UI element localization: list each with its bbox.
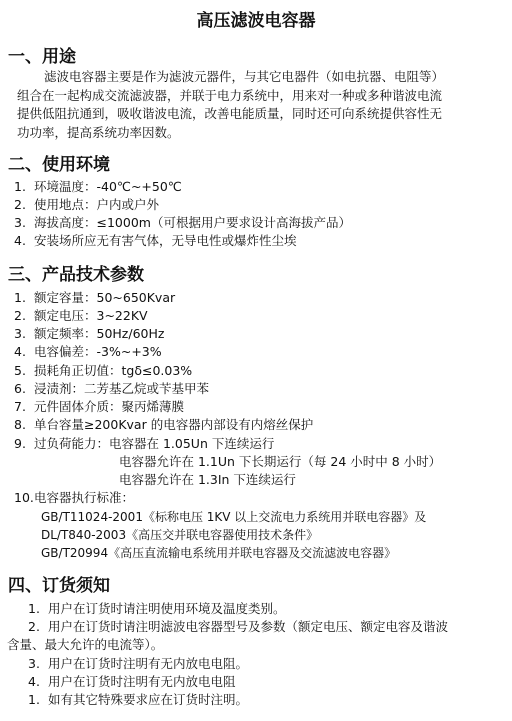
item-number: 9.	[14, 435, 34, 453]
item-number: 2.	[28, 618, 48, 636]
item-text: 海拔高度：≤1000m（可根据用户要求设计高海拔产品）	[34, 215, 351, 230]
item-text: 额定频率：50Hz/60Hz	[34, 326, 164, 341]
spec-item-9-line-2: 电容器允许在 1.1Un 下长期运行（每 24 小时中 8 小时）	[119, 453, 441, 471]
order-item-2: 2.用户在订货时请注明滤波电容器型号及参数（额定电压、额定电容及谐波	[28, 618, 448, 636]
order-item-5: 1.如有其它特殊要求应在订货时注明。	[28, 691, 248, 709]
spec-item-6: 6.浸渍剂：二芳基乙烷或苄基甲苯	[14, 380, 209, 398]
item-number: 1.	[14, 289, 34, 307]
item-text: 用户在订货时请注明滤波电容器型号及参数（额定电压、额定电容及谐波	[48, 619, 448, 634]
item-number: 3.	[14, 214, 34, 232]
section-heading-ordering: 四、订货须知	[8, 571, 110, 596]
item-number: 2.	[14, 307, 34, 325]
spec-item-1: 1.额定容量：50~650Kvar	[14, 289, 175, 307]
item-text: 用户在订货时注明有无内放电电阻。	[48, 656, 248, 671]
usage-line-1: 滤波电容器主要是作为滤波元器件，与其它电器件（如电抗器、电阻等）	[44, 68, 444, 86]
item-number: 8.	[14, 416, 34, 434]
spec-item-4: 4.电容偏差：-3%~+3%	[14, 343, 162, 361]
item-number: 2.	[14, 196, 34, 214]
order-item-4: 4.用户在订货时注明有无内放电电阻	[28, 673, 236, 691]
item-number: 5.	[14, 362, 34, 380]
section-heading-specs: 三、产品技术参数	[8, 260, 144, 285]
item-text: 环境温度：-40℃~+50℃	[34, 179, 182, 194]
env-item-1: 1.环境温度：-40℃~+50℃	[14, 178, 182, 196]
item-text: 用户在订货时请注明使用环境及温度类别。	[48, 601, 286, 616]
env-item-3: 3.海拔高度：≤1000m（可根据用户要求设计高海拔产品）	[14, 214, 351, 232]
section-heading-usage: 一、用途	[8, 42, 76, 67]
item-number: 7.	[14, 398, 34, 416]
item-text: 浸渍剂：二芳基乙烷或苄基甲苯	[34, 381, 209, 396]
item-number: 1.	[14, 178, 34, 196]
order-item-1: 1.用户在订货时请注明使用环境及温度类别。	[28, 600, 286, 618]
item-number: 1.	[28, 691, 48, 709]
item-text: 电容偏差：-3%~+3%	[34, 344, 162, 359]
spec-item-8: 8.单台容量≥200Kvar 的电容器内部设有内熔丝保护	[14, 416, 313, 434]
section-heading-environment: 二、使用环境	[8, 150, 110, 175]
spec-item-7: 7.元件固体介质：聚丙烯薄膜	[14, 398, 184, 416]
item-text: 额定容量：50~650Kvar	[34, 290, 175, 305]
item-text: 用户在订货时注明有无内放电电阻	[48, 674, 236, 689]
standard-1: GB/T11024-2001《标称电压 1KV 以上交流电力系统用并联电容器》及	[41, 508, 426, 526]
item-text: 元件固体介质：聚丙烯薄膜	[34, 399, 184, 414]
item-number: 4.	[14, 343, 34, 361]
item-number: 10.	[14, 489, 34, 507]
item-text: 如有其它特殊要求应在订货时注明。	[48, 692, 248, 707]
spec-item-9-line-3: 电容器允许在 1.3In 下连续运行	[119, 471, 296, 489]
item-text: 安装场所应无有害气体，无导电性或爆炸性尘埃	[34, 233, 297, 248]
spec-item-3: 3.额定频率：50Hz/60Hz	[14, 325, 164, 343]
item-number: 6.	[14, 380, 34, 398]
spec-item-2: 2.额定电压：3~22KV	[14, 307, 148, 325]
usage-line-2: 组合在一起构成交流滤波器，并联于电力系统中，用来对一种或多种谐波电流	[17, 87, 442, 105]
spec-item-10: 10.电容器执行标准：	[14, 489, 134, 507]
item-number: 4.	[28, 673, 48, 691]
item-number: 4.	[14, 232, 34, 250]
item-number: 3.	[14, 325, 34, 343]
spec-item-5: 5.损耗角正切值：tgδ≤0.03%	[14, 362, 192, 380]
item-text: 电容器执行标准：	[34, 490, 134, 505]
standard-3: GB/T20994《高压直流输电系统用并联电容器及交流滤波电容器》	[41, 544, 396, 562]
standard-2: DL/T840-2003《高压交并联电容器使用技术条件》	[41, 526, 318, 544]
item-text: 额定电压：3~22KV	[34, 308, 148, 323]
item-number: 1.	[28, 600, 48, 618]
item-number: 3.	[28, 655, 48, 673]
env-item-4: 4.安装场所应无有害气体，无导电性或爆炸性尘埃	[14, 232, 297, 250]
usage-line-3: 提供低阻抗通到，吸收谐波电流，改善电能质量，同时还可向系统提供容性无	[17, 105, 442, 123]
document-title: 高压滤波电容器	[0, 6, 512, 31]
env-item-2: 2.使用地点：户内或户外	[14, 196, 159, 214]
item-text: 损耗角正切值：tgδ≤0.03%	[34, 363, 192, 378]
item-text: 使用地点：户内或户外	[34, 197, 159, 212]
item-text: 过负荷能力：电容器在 1.05Un 下连续运行	[34, 436, 274, 451]
item-text: 单台容量≥200Kvar 的电容器内部设有内熔丝保护	[34, 417, 313, 432]
order-item-2-line-2: 含量、最大允许的电流等）。	[7, 636, 163, 654]
spec-item-9: 9.过负荷能力：电容器在 1.05Un 下连续运行	[14, 435, 274, 453]
order-item-3: 3.用户在订货时注明有无内放电电阻。	[28, 655, 248, 673]
usage-line-4: 功功率，提高系统功率因数。	[17, 124, 180, 142]
